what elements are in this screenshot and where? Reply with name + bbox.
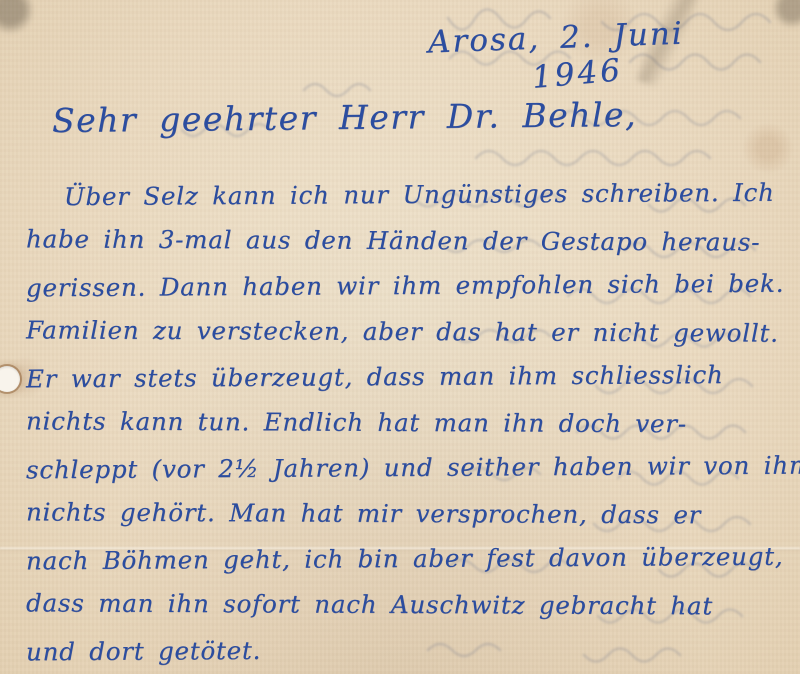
letter-line: habe ihn 3-mal aus den Händen der Gestap… — [26, 216, 786, 265]
letter-page: Arosa, 2. Juni 1946 Sehr geehrter Herr D… — [0, 0, 800, 674]
salutation: Sehr geehrter Herr Dr. Behle, — [52, 95, 637, 140]
corner-shadow-top-right — [772, 0, 800, 28]
dateline-year: 1946 — [531, 52, 625, 96]
letter-line: gerissen. Dann haben wir ihm empfohlen s… — [26, 261, 786, 311]
letter-line: Über Selz kann ich nur Ungünstiges schre… — [26, 170, 786, 220]
letter-line: und dort getötet. — [26, 625, 786, 674]
letter-body: Über Selz kann ich nur Ungünstiges schre… — [26, 172, 786, 673]
punch-hole — [0, 366, 20, 392]
letter-line: Familien zu verstecken, aber das hat er … — [26, 307, 786, 356]
letter-line: nichts gehört. Man hat mir versprochen, … — [26, 489, 786, 538]
corner-shadow-top-left — [0, 0, 34, 34]
letter-line: schleppt (vor 2½ Jahren) und seither hab… — [26, 443, 786, 493]
letter-line: Er war stets überzeugt, dass man ihm sch… — [26, 352, 786, 402]
letter-line: nichts kann tun. Endlich hat man ihn doc… — [26, 398, 786, 447]
letter-line: nach Böhmen geht, ich bin aber fest davo… — [26, 534, 786, 584]
letter-line: dass man ihn sofort nach Auschwitz gebra… — [26, 580, 786, 629]
